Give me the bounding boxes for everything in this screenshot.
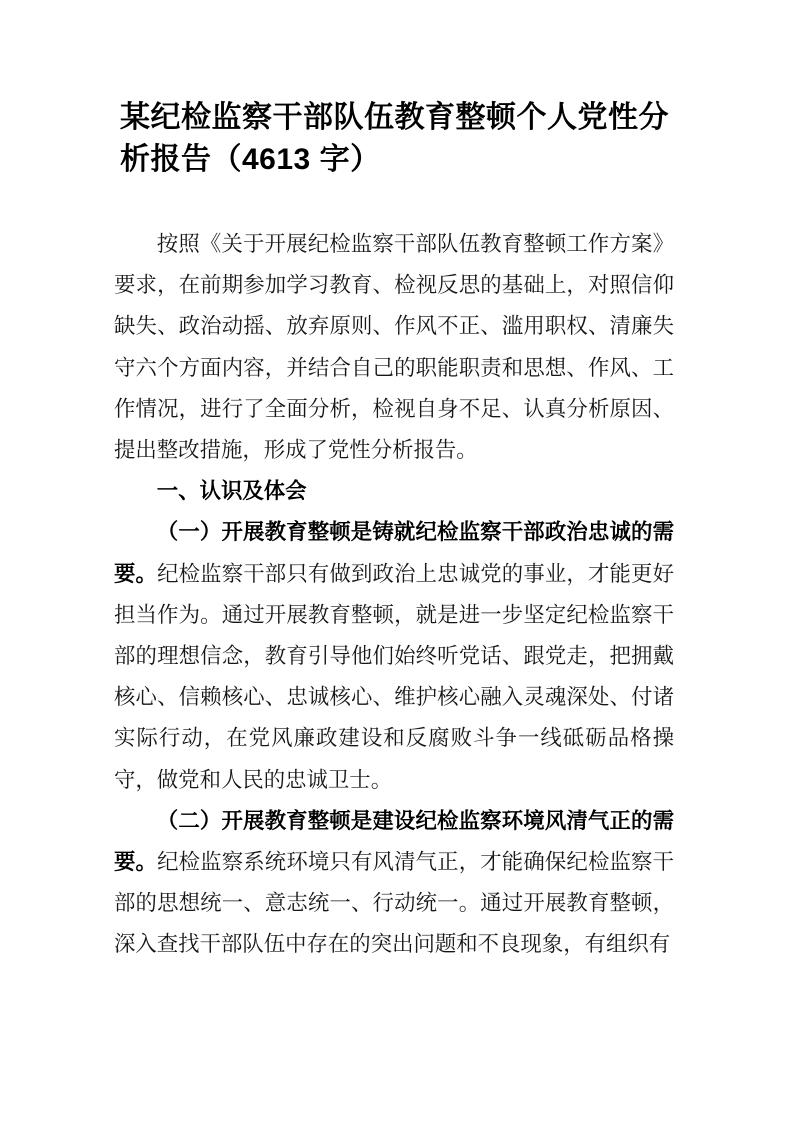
section-heading-1: 一、认识及体会 bbox=[114, 471, 674, 512]
subsection-paragraph-2: （二）开展教育整顿是建设纪检监察环境风清气正的需要。纪检监察系统环境只有风清气正… bbox=[114, 801, 674, 966]
subsection-1-text: 纪检监察干部只有做到政治上忠诚党的事业，才能更好担当作为。通过开展教育整顿，就是… bbox=[114, 562, 674, 792]
document-body: 按照《关于开展纪检监察干部队伍教育整顿工作方案》要求，在前期参加学习教育、检视反… bbox=[114, 224, 674, 966]
document-title-line-1: 某纪检监察干部队伍教育整顿个人党性分 bbox=[120, 97, 674, 139]
document-title-line-2: 析报告（4613 字） bbox=[120, 139, 674, 181]
subsection-2-text: 纪检监察系统环境只有风清气正，才能确保纪检监察干部的思想统一、意志统一、行动统一… bbox=[114, 850, 674, 956]
document-title: 某纪检监察干部队伍教育整顿个人党性分 析报告（4613 字） bbox=[120, 97, 674, 181]
subsection-paragraph-1: （一）开展教育整顿是铸就纪检监察干部政治忠诚的需要。纪检监察干部只有做到政治上忠… bbox=[114, 512, 674, 800]
intro-paragraph: 按照《关于开展纪检监察干部队伍教育整顿工作方案》要求，在前期参加学习教育、检视反… bbox=[114, 224, 674, 471]
document-page: 某纪检监察干部队伍教育整顿个人党性分 析报告（4613 字） 按照《关于开展纪检… bbox=[0, 0, 793, 1122]
